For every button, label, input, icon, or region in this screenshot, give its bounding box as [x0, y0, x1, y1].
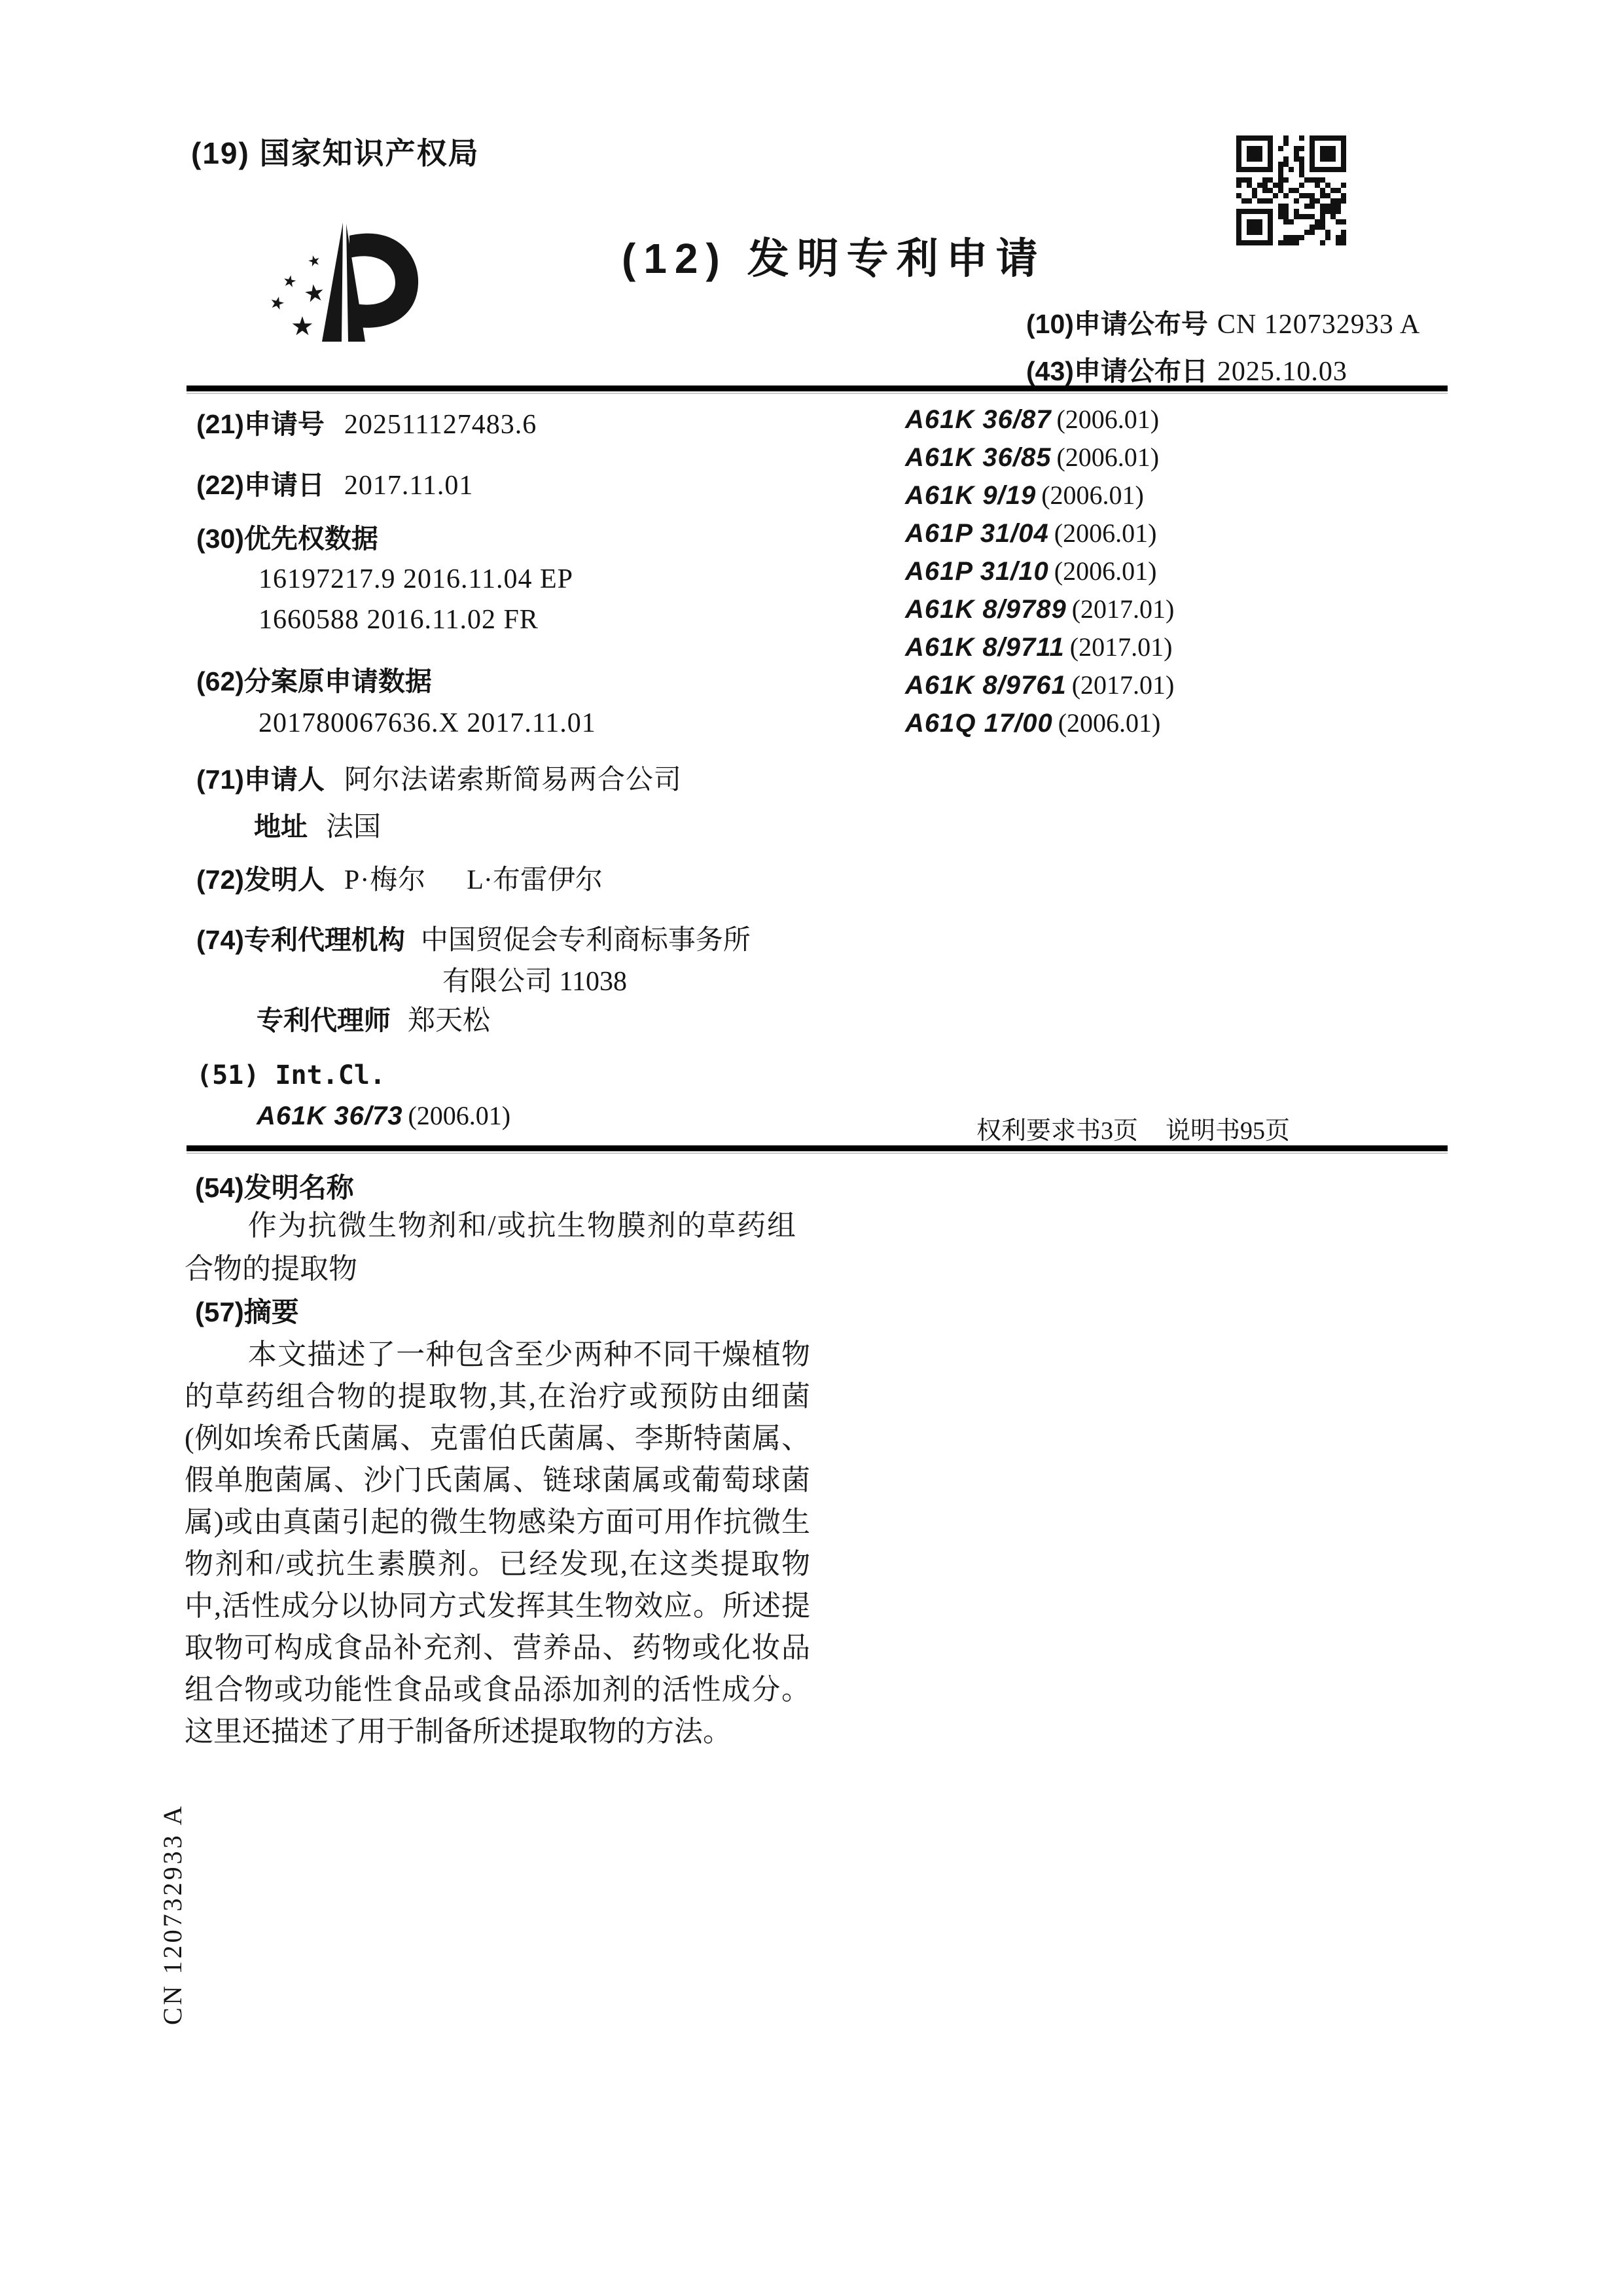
- priority-data-label: (30)优先权数据: [196, 524, 378, 554]
- ipc-version: (2006.01): [1054, 556, 1157, 586]
- ipc-code: A61K 9/19: [905, 481, 1036, 510]
- publication-number-line: (10)申请公布号CN 120732933 A: [1026, 302, 1420, 341]
- agency-row: (74)专利代理机构中国贸促会专利商标事务所: [196, 918, 751, 958]
- ipc-entry: A61K 8/9711(2017.01): [905, 632, 1172, 662]
- ipc-version: (2017.01): [1070, 632, 1173, 662]
- agent-label: 专利代理师: [257, 1005, 391, 1035]
- ipc-entry: A61K 36/87(2006.01): [905, 404, 1159, 435]
- ipc-entry: A61P 31/10(2006.01): [905, 556, 1156, 586]
- cnipa-logo: ★ ★ ★ ★ ★: [267, 223, 421, 344]
- ipc-code: A61K 36/73: [257, 1102, 402, 1130]
- publication-date-label: (43)申请公布日: [1026, 356, 1208, 386]
- publication-number-label: (10)申请公布号: [1026, 309, 1208, 339]
- qr-code: [1236, 135, 1347, 246]
- priority-entry: 16197217.9 2016.11.04 EP: [259, 564, 573, 595]
- svg-text:★: ★: [268, 292, 287, 315]
- description-pages: 说明书95页: [1166, 1117, 1290, 1145]
- ipc-version: (2006.01): [1056, 404, 1159, 434]
- agency-label: (74)专利代理机构: [196, 925, 405, 955]
- int-cl-entry: A61K 36/73(2006.01): [257, 1100, 510, 1131]
- ipc-version: (2017.01): [1072, 594, 1175, 624]
- ipc-version: (2006.01): [1054, 518, 1157, 548]
- divisional-data-row: (62)分案原申请数据: [196, 660, 432, 698]
- inventor-name: P·梅尔: [344, 865, 426, 895]
- ipc-code: A61K 8/9761: [905, 671, 1067, 700]
- abstract-label: (57)摘要: [195, 1291, 299, 1330]
- invention-title: 作为抗微生物剂和/或抗生物膜剂的草药组合物的提取物: [185, 1204, 796, 1291]
- ipc-code: A61K 8/9789: [905, 595, 1067, 624]
- priority-data-row: (30)优先权数据: [196, 517, 378, 556]
- ipc-entry: A61K 9/19(2006.01): [905, 480, 1144, 511]
- ipc-entry: A61K 36/85(2006.01): [905, 442, 1159, 473]
- applicant-label: (71)申请人: [196, 764, 325, 795]
- filing-date-row: (22)申请日2017.11.01: [196, 463, 473, 502]
- divisional-entry: 201780067636.X 2017.11.01: [259, 708, 596, 739]
- section-divider-rule: [187, 1145, 1448, 1151]
- svg-text:★: ★: [302, 279, 327, 308]
- svg-text:★: ★: [281, 271, 298, 291]
- ipc-entry: A61P 31/04(2006.01): [905, 518, 1156, 548]
- applicant-address-row: 地址法国: [254, 805, 381, 844]
- address-value: 法国: [326, 812, 381, 842]
- ipc-version: (2006.01): [1041, 480, 1144, 510]
- int-cl-row: (51) Int.Cl.: [196, 1060, 385, 1090]
- filing-date-label: (22)申请日: [196, 470, 325, 500]
- address-label: 地址: [254, 812, 308, 842]
- ipc-code: A61P 31/10: [905, 557, 1049, 586]
- publication-date-value: 2025.10.03: [1217, 357, 1347, 387]
- ipc-code: A61K 36/85: [905, 443, 1051, 472]
- header-divider-rule: [187, 386, 1448, 391]
- application-number-value: 202511127483.6: [344, 410, 537, 440]
- application-number-row: (21)申请号202511127483.6: [196, 403, 537, 441]
- patent-office-name: (19) 国家知识产权局: [191, 130, 480, 173]
- priority-entry: 1660588 2016.11.02 FR: [259, 604, 539, 636]
- ipc-code: A61K 36/87: [905, 405, 1051, 434]
- inventors-label: (72)发明人: [196, 865, 325, 895]
- ipc-version: (2017.01): [1072, 670, 1175, 700]
- ipc-code: A61Q 17/00: [905, 709, 1053, 738]
- ipc-version: (2006.01): [408, 1101, 510, 1130]
- publication-number-value: CN 120732933 A: [1217, 310, 1420, 340]
- publication-date-line: (43)申请公布日2025.10.03: [1026, 350, 1347, 388]
- ipc-entry: A61K 8/9761(2017.01): [905, 670, 1174, 700]
- ipc-code: A61P 31/04: [905, 519, 1049, 548]
- int-cl-label: (51) Int.Cl.: [196, 1060, 385, 1090]
- divisional-data-label: (62)分案原申请数据: [196, 666, 432, 696]
- application-number-label: (21)申请号: [196, 409, 325, 439]
- ipc-version: (2006.01): [1056, 442, 1159, 472]
- agency-name-line1: 中国贸促会专利商标事务所: [421, 925, 751, 956]
- invention-title-label: (54)发明名称: [195, 1166, 354, 1206]
- agent-row: 专利代理师郑天松: [257, 999, 490, 1038]
- agent-name: 郑天松: [408, 1006, 490, 1036]
- svg-text:★: ★: [291, 312, 314, 342]
- ipc-entry: A61K 8/9789(2017.01): [905, 594, 1174, 624]
- inventor-name: L·布雷伊尔: [467, 865, 603, 895]
- inventors-row: (72)发明人P·梅尔L·布雷伊尔: [196, 858, 603, 897]
- ipc-version: (2006.01): [1058, 708, 1161, 738]
- applicant-name: 阿尔法诺索斯简易两合公司: [344, 765, 682, 795]
- patent-front-page: (19) 国家知识产权局 ★ ★ ★ ★ ★ (12) 发明专利申请 (10)申…: [0, 0, 1623, 2296]
- agency-name-line2: 有限公司 11038: [442, 960, 627, 999]
- document-pages-info: 权利要求书3页说明书95页: [976, 1110, 1290, 1146]
- claims-pages: 权利要求书3页: [976, 1117, 1138, 1145]
- sidebar-document-id: CN 120732933 A: [157, 1804, 188, 2025]
- svg-text:★: ★: [306, 252, 323, 271]
- applicant-row: (71)申请人阿尔法诺索斯简易两合公司: [196, 758, 682, 797]
- ipc-entry: A61Q 17/00(2006.01): [905, 708, 1160, 738]
- ipc-code: A61K 8/9711: [905, 633, 1065, 662]
- filing-date-value: 2017.11.01: [344, 471, 473, 501]
- abstract-text: 本文描述了一种包含至少两种不同干燥植物的草药组合物的提取物,其,在治疗或预防由细…: [185, 1334, 810, 1753]
- document-type-title: (12) 发明专利申请: [622, 225, 1046, 285]
